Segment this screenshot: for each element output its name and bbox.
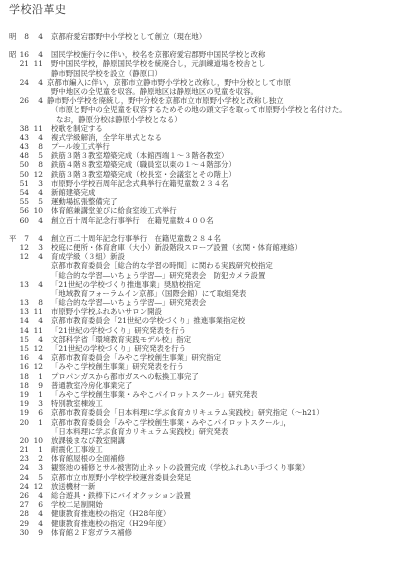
event-description: 放課後まなび教室開講 [51, 436, 125, 445]
event-description: 静市野国民学校を設立（静原口） [51, 69, 162, 78]
history-entry: 555運動場拡張整備完了 [0, 197, 397, 206]
history-entry: 211耐震化工事竣工 [0, 445, 397, 454]
history-entry: 232体育館屋根の全面補修 [0, 454, 397, 463]
month-value: 8 [30, 160, 43, 169]
event-description: 体育館兼講堂並びに給食室竣工式挙行 [51, 206, 177, 215]
history-entry: 309体育館２Ｆ窓ガラス補修 [0, 528, 397, 537]
month-value: 5 [30, 473, 43, 482]
event-description: 放送機材一新 [51, 482, 95, 491]
event-description: 健康教育推進校の指定（H28年度） [51, 509, 170, 518]
year-value: 23 [10, 454, 29, 463]
history-entry: 485鉄筋３階３教室増築完成（本館西端１～３階各教室） [0, 151, 397, 160]
history-entry: 2010放課後まなび教室開講 [0, 436, 397, 445]
event-description: 京都市教育委員会「みやこ学校創生事業」研究指定 [51, 353, 221, 362]
year-value: 56 [10, 206, 29, 215]
month-value: 4 [30, 216, 43, 225]
year-value: 24 [10, 463, 29, 472]
event-description: 耐震化工事竣工 [51, 445, 103, 454]
year-value: 12 [10, 252, 29, 261]
event-description: 育成学級（３組）新設 [51, 252, 125, 261]
history-entry: 144京都市教育委員会「21世紀の学校づくり」推進事業指定校 [0, 316, 397, 325]
year-value: 54 [10, 188, 29, 197]
event-description: 鉄筋４階８教室増築完成（職員室以東の１～４階部分） [51, 160, 236, 169]
event-description: 野中地区の全児童を収容。静原地区は静原地区の児童を収容。 [51, 87, 258, 96]
year-value: 19 [10, 408, 29, 417]
month-value: 11 [30, 59, 43, 68]
event-description: 京都市教育委員会［総合的な学習の時間］に関わる実践研究校指定 [51, 261, 273, 270]
history-entry: 438プール竣工式挙行 [0, 142, 397, 151]
history-entry: 3811校歌を制定する [0, 124, 397, 133]
event-description: 校歌を制定する [51, 124, 103, 133]
year-value: 60 [10, 216, 29, 225]
event-description: （市原と野中の全児童を収容するためその地の頭文字を取って市原野小学校と名付けた。 [51, 105, 347, 114]
event-description: 「総合的な学習―いちょう学習―」研究発表会 [51, 298, 206, 307]
history-list: 明84京都府愛宕郡野中小学校として創立（現在地）昭164国民学校施行令に伴い，校… [0, 32, 397, 537]
year-value: 27 [10, 500, 29, 509]
history-entry: 1411「21世紀の学校づくり」研究発表を行う [0, 326, 397, 335]
history-entry: 544新館建築完成 [0, 188, 397, 197]
year-value: 21 [10, 445, 29, 454]
event-description: 「総合的な学習―いちょう学習―」研究発表会 防犯カメラ設置 [51, 271, 265, 280]
month-value: 11 [30, 307, 43, 316]
event-description: 京都府愛宕郡野中小学校として創立（現在地） [51, 32, 206, 41]
year-value: 50 [10, 170, 29, 179]
year-value: 16 [10, 353, 29, 362]
year-value: 21 [10, 59, 29, 68]
page-title: 学校沿革史 [9, 1, 67, 17]
month-value: 4 [30, 491, 43, 500]
month-value: 4 [30, 316, 43, 325]
month-value: 10 [30, 436, 43, 445]
month-value: 1 [30, 418, 43, 427]
event-description: 複式学級解消，全学年単式となる [51, 133, 162, 142]
year-value: 26 [10, 491, 29, 500]
month-value: 9 [30, 381, 43, 390]
month-value: 4 [30, 50, 43, 59]
year-value: 18 [10, 372, 29, 381]
month-value: 6 [30, 408, 43, 417]
event-description: 「21世紀の学校づくり推進事業」奨励校指定 [51, 280, 201, 289]
month-value: 3 [30, 179, 43, 188]
year-value: 15 [10, 344, 29, 353]
year-value: 55 [10, 197, 29, 206]
month-value: 12 [30, 344, 43, 353]
month-value: 4 [30, 353, 43, 362]
history-entry: 「日本料理に学ぶ食育カリキュラム実践校」研究発表 [0, 427, 397, 436]
event-description: なお，静原分校は静原小学校となる） [56, 115, 182, 124]
month-value: 8 [30, 298, 43, 307]
year-value: 24 [10, 78, 29, 87]
event-description: 「地域教育フォーラムイン京都」（国際会館）にて取組発表 [51, 289, 246, 298]
month-value: 4 [30, 188, 43, 197]
year-value: 18 [10, 381, 29, 390]
history-entry: 201京都市教育委員会「みやこ学校創生事業・みやこパイロットスクール」， [0, 418, 397, 427]
year-value: 12 [10, 243, 29, 252]
year-value: 14 [10, 326, 29, 335]
year-value: 19 [10, 390, 29, 399]
event-description: 「みやこ学校創生事業」研究発表を行う [51, 362, 184, 371]
history-entry: 1612「みやこ学校創生事業」研究発表を行う [0, 362, 397, 371]
event-description: 新館建築完成 [51, 188, 95, 197]
history-entry: 181プロパンガスから都市ガスへの転換工事完了 [0, 372, 397, 381]
event-description: 創立百十周年記念行事挙行 在籍児童数４００名 [51, 216, 214, 225]
month-value: 4 [30, 234, 43, 243]
history-entry: 604創立百十周年記念行事挙行 在籍児童数４００名 [0, 216, 397, 225]
event-description: 総合遊具・鉄棒下にバイオクッション設置 [51, 491, 191, 500]
history-entry: 5610体育館兼講堂並びに給食室竣工式挙行 [0, 206, 397, 215]
history-entry: 196京都市教育委員会「日本料理に学ぶ食育カリキュラム実践校」研究指定（～h21… [0, 408, 397, 417]
year-value: 51 [10, 179, 29, 188]
month-value: 1 [30, 445, 43, 454]
history-entry: 静市野国民学校を設立（静原口） [0, 69, 397, 78]
history-entry: 264静市野小学校を廃統し，野中分校を京都市立市原野小学校と改称し独立 [0, 96, 397, 105]
month-value: 4 [30, 252, 43, 261]
event-description: 観察池の補修とサル被害防止ネットの設置完成（学校ふれあい手づくり事業） [51, 463, 309, 472]
event-description: 運動場拡張整備完了 [51, 197, 118, 206]
history-entry: 513市原野小学校百周年記念式典挙行在籍児童数２３４名 [0, 179, 397, 188]
event-description: 市原野小学校ふれあいサロン開設 [51, 307, 162, 316]
event-description: 「みやこ学校創生事業・みやこパイロットスクール」研究発表 [51, 390, 258, 399]
event-description: 鉄筋３階３教室増築完成（校長室・会議室とその階上） [51, 170, 236, 179]
year-value: 20 [10, 418, 29, 427]
year-value: 13 [10, 307, 29, 316]
event-description: 校庭に便所・体育倉庫（大小）新設階段スローブ設置（玄関・体育館連絡） [51, 243, 302, 252]
event-description: プール竣工式挙行 [51, 142, 110, 151]
event-description: 体育館２Ｆ窓ガラス補修 [51, 528, 132, 537]
history-entry: 189普通教室冷房化事業完了 [0, 381, 397, 390]
history-entry: 191「みやこ学校創生事業・みやこパイロットスクール」研究発表 [0, 390, 397, 399]
year-value: 29 [10, 519, 29, 528]
history-entry: 138「総合的な学習―いちょう学習―」研究発表会 [0, 298, 397, 307]
event-description: 市原野小学校百周年記念式典挙行在籍児童数２３４名 [51, 179, 228, 188]
year-value: 43 [10, 142, 29, 151]
history-entry: 昭164国民学校施行令に伴い，校名を京都府愛宕郡野中国民学校と改称 [0, 50, 397, 59]
month-value: 4 [30, 509, 43, 518]
month-value: 11 [30, 326, 43, 335]
history-entry: 508鉄筋４階８教室増築完成（職員室以東の１～４階部分） [0, 160, 397, 169]
month-value: 1 [30, 372, 43, 381]
year-value: 20 [10, 436, 29, 445]
history-entry: 2412放送機材一新 [0, 482, 397, 491]
year-value: 28 [10, 509, 29, 518]
year-value: 15 [10, 335, 29, 344]
history-entry: 平74創立百二十周年記念行事挙行 在籍児童数２８４名 [0, 234, 397, 243]
month-value: 4 [30, 335, 43, 344]
history-entry: 245京都市立市原野小学校学校運営委員会発足 [0, 473, 397, 482]
event-description: 健康教育推進校の指定（H29年度） [51, 519, 170, 528]
history-entry: 264総合遊具・鉄棒下にバイオクッション設置 [0, 491, 397, 500]
history-entry: 2111野中国民学校，静原国民学校を統廃合し，元訓練道場を校舎とし [0, 59, 397, 68]
year-value: 24 [10, 482, 29, 491]
event-description: 京都市教育委員会「みやこ学校創生事業・みやこパイロットスクール」， [51, 418, 291, 427]
year-value: 16 [10, 50, 29, 59]
month-value: 11 [30, 124, 43, 133]
history-entry: 野中地区の全児童を収容。静原地区は静原地区の児童を収容。 [0, 87, 397, 96]
history-entry: 1311市原野小学校ふれあいサロン開設 [0, 307, 397, 316]
event-description: 鉄筋３階３教室増築完成（本館西端１～３階各教室） [51, 151, 228, 160]
event-description: プロパンガスから都市ガスへの転換工事完了 [51, 372, 199, 381]
month-value: 3 [30, 243, 43, 252]
year-value: 7 [10, 234, 29, 243]
month-value: 10 [30, 206, 43, 215]
event-description: 普通教室冷房化事業完了 [51, 381, 132, 390]
month-value: 8 [30, 142, 43, 151]
month-value: 2 [30, 454, 43, 463]
history-entry: 5012鉄筋３階３教室増築完成（校長室・会議室とその階上） [0, 170, 397, 179]
event-description: 「21世紀の学校づくり」研究発表を行う [51, 344, 186, 353]
history-entry: 154文部科学省「環境教育実践モデル校」指定 [0, 335, 397, 344]
event-description: 「日本料理に学ぶ食育カリキュラム実践校」研究発表 [51, 427, 228, 436]
event-description: 特別教室棟竣工 [51, 399, 103, 408]
event-description: 京都市教育委員会「21世紀の学校づくり」推進事業指定校 [51, 316, 245, 325]
history-entry: 193特別教室棟竣工 [0, 399, 397, 408]
month-value: 5 [30, 197, 43, 206]
year-value: 26 [10, 96, 29, 105]
history-entry: 276学校二足制開始 [0, 500, 397, 509]
month-value: 3 [30, 463, 43, 472]
history-entry: 434複式学級解消，全学年単式となる [0, 133, 397, 142]
year-value: 24 [10, 473, 29, 482]
month-value: 5 [30, 151, 43, 160]
year-value: 30 [10, 528, 29, 537]
event-description: 国民学校施行令に伴い，校名を京都府愛宕郡野中国民学校と改称 [51, 50, 265, 59]
event-description: 文部科学省「環境教育実践モデル校」指定 [51, 335, 191, 344]
event-description: 静市野小学校を廃統し，野中分校を京都市立市原野小学校と改称し独立 [47, 96, 284, 105]
month-value: 4 [30, 78, 43, 87]
history-entry: （市原と野中の全児童を収容するためその地の頭文字を取って市原野小学校と名付けた。 [0, 105, 397, 114]
month-value: 4 [30, 519, 43, 528]
month-value: 4 [30, 32, 43, 41]
history-entry: 「地域教育フォーラムイン京都」（国際会館）にて取組発表 [0, 289, 397, 298]
year-value: 13 [10, 298, 29, 307]
history-entry: 244京都市編入に伴い，京都市立静市野小学校と改称し，野中分校として市原 [0, 78, 397, 87]
event-description: 野中国民学校，静原国民学校を統廃合し，元訓練道場を校舎とし [51, 59, 265, 68]
event-description: 学校二足制開始 [51, 500, 103, 509]
event-description: 創立百二十周年記念行事挙行 在籍児童数２８４名 [51, 234, 221, 243]
year-value: 16 [10, 362, 29, 371]
history-entry: 134「21世紀の学校づくり推進事業」奨励校指定 [0, 280, 397, 289]
year-value: 19 [10, 399, 29, 408]
history-entry: 284健康教育推進校の指定（H28年度） [0, 509, 397, 518]
history-entry: 「総合的な学習―いちょう学習―」研究発表会 防犯カメラ設置 [0, 271, 397, 280]
year-value: 8 [10, 32, 29, 41]
event-description: 京都市教育委員会「日本料理に学ぶ食育カリキュラム実践校」研究指定（～h21） [51, 408, 324, 417]
history-entry: 243観察池の補修とサル被害防止ネットの設置完成（学校ふれあい手づくり事業） [0, 463, 397, 472]
event-description: 体育館屋根の全面補修 [51, 454, 125, 463]
history-entry: 124育成学級（３組）新設 [0, 252, 397, 261]
year-value: 50 [10, 160, 29, 169]
history-entry: 1512「21世紀の学校づくり」研究発表を行う [0, 344, 397, 353]
history-entry: なお，静原分校は静原小学校となる） [0, 115, 397, 124]
event-description: 京都市編入に伴い，京都市立静市野小学校と改称し，野中分校として市原 [47, 78, 291, 87]
year-value: 48 [10, 151, 29, 160]
year-value: 43 [10, 133, 29, 142]
year-value: 13 [10, 280, 29, 289]
month-value: 12 [30, 170, 43, 179]
month-value: 12 [30, 482, 43, 491]
month-value: 6 [30, 500, 43, 509]
year-value: 38 [10, 124, 29, 133]
month-value: 9 [30, 528, 43, 537]
event-description: 「21世紀の学校づくり」研究発表を行う [51, 326, 186, 335]
history-entry: 164京都市教育委員会「みやこ学校創生事業」研究指定 [0, 353, 397, 362]
event-description: 京都市立市原野小学校学校運営委員会発足 [51, 473, 191, 482]
month-value: 3 [30, 399, 43, 408]
month-value: 1 [30, 390, 43, 399]
month-value: 12 [30, 362, 43, 371]
year-value: 14 [10, 316, 29, 325]
month-value: 4 [30, 133, 43, 142]
month-value: 4 [30, 96, 43, 105]
history-entry: 294健康教育推進校の指定（H29年度） [0, 519, 397, 528]
month-value: 4 [30, 280, 43, 289]
history-entry: 明84京都府愛宕郡野中小学校として創立（現在地） [0, 32, 397, 41]
history-entry: 京都市教育委員会［総合的な学習の時間］に関わる実践研究校指定 [0, 261, 397, 270]
history-entry: 123校庭に便所・体育倉庫（大小）新設階段スローブ設置（玄関・体育館連絡） [0, 243, 397, 252]
